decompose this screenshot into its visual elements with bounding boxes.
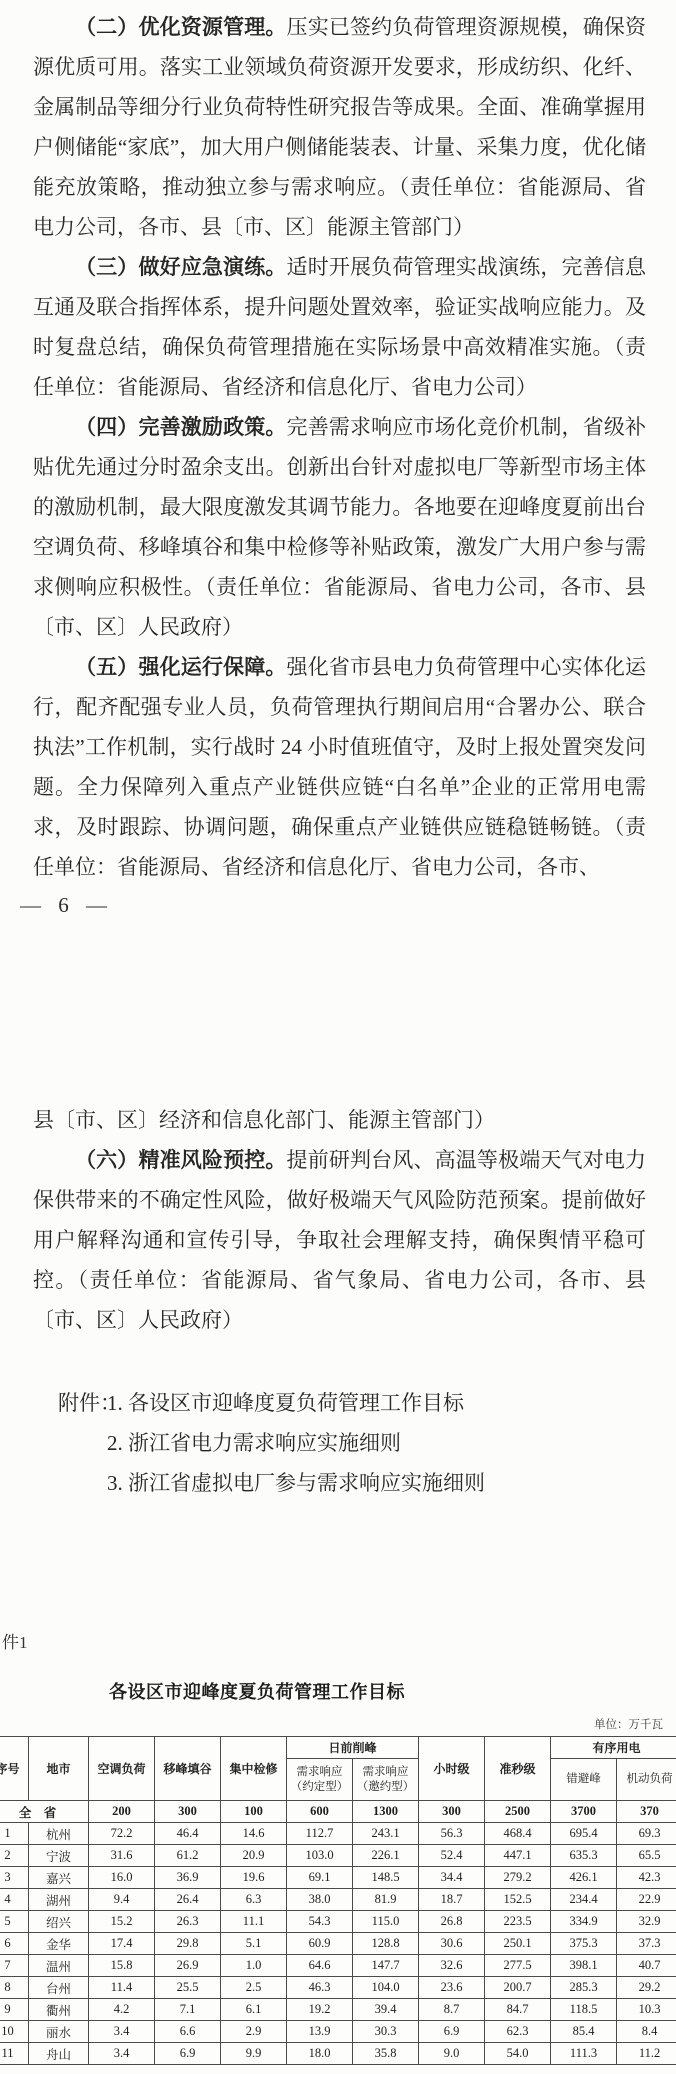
value-cell: 19.6 [221,1867,287,1889]
header-mobile-load: 机动负荷 [617,1759,676,1801]
value-cell: 103.0 [287,1845,353,1867]
value-cell: 30.6 [419,1933,485,1955]
city-cell: 杭州 [29,1823,89,1845]
value-cell: 62.3 [485,2021,551,2043]
table-row: 3嘉兴16.036.919.669.1148.534.4279.2426.142… [0,1867,676,1889]
paragraph: （二）优化资源管理。压实已签约负荷管理资源规模，确保资源优质可用。落实工业领域负… [33,7,646,247]
paragraph-lead: （三）做好应急演练。 [75,255,287,279]
value-cell: 9.0 [419,2043,485,2065]
value-cell: 11.1 [221,1911,287,1933]
value-cell: 36.9 [155,1867,221,1889]
value-cell: 6.1 [221,1999,287,2021]
value-cell: 128.8 [353,1933,419,1955]
value-cell: 334.9 [551,1911,617,1933]
value-cell: 1.0 [221,1955,287,1977]
value-cell: 112.7 [287,1823,353,1845]
paragraph-lead: （五）强化运行保障。 [75,655,287,679]
value-cell: 104.0 [353,1977,419,1999]
paragraph: （五）强化运行保障。强化省市县电力负荷管理中心实体化运行，配齐配强专业人员，负荷… [33,647,646,887]
value-cell: 29.2 [617,1977,676,1999]
value-cell: 46.4 [155,1823,221,1845]
paragraph-lead: （六）精准风险预控。 [75,1148,287,1172]
value-cell: 695.4 [551,1823,617,1845]
value-cell: 46.3 [287,1977,353,1999]
value-cell: 600 [287,1801,353,1823]
city-cell: 舟山 [29,2043,89,2065]
city-cell: 绍兴 [29,1911,89,1933]
value-cell: 11.2 [617,2043,676,2065]
value-cell: 39.4 [353,1999,419,2021]
value-cell: 111.3 [551,2043,617,2065]
value-cell: 100 [221,1801,287,1823]
header-maintenance: 集中检修 [221,1737,287,1801]
header-serial: 序号 [0,1737,29,1801]
header-city: 地市 [29,1737,89,1801]
value-cell: 5.1 [221,1933,287,1955]
paragraph-body: 完善需求响应市场化竞价机制，省级补贴优先通过分时盈余支出。创新出台针对虚拟电厂等… [33,415,646,639]
value-cell: 6.3 [221,1889,287,1911]
city-cell: 衢州 [29,1999,89,2021]
serial-cell: 3 [0,1867,29,1889]
unit-label: 单位：万千瓦 [594,1716,663,1732]
header-dr-invited: 需求响应 （邀约型） [353,1759,419,1801]
table-row: 8台州11.425.52.546.3104.023.6200.7285.329.… [0,1977,676,1999]
value-cell: 200 [89,1801,155,1823]
value-cell: 32.9 [617,1911,676,1933]
value-cell: 14.6 [221,1823,287,1845]
value-cell: 2500 [485,1801,551,1823]
table-body: 全 省2003001006001300300250037003701杭州72.2… [0,1801,676,2065]
value-cell: 17.4 [89,1933,155,1955]
table-row: 6金华17.429.85.160.9128.830.6250.1375.337.… [0,1933,676,1955]
value-cell: 37.3 [617,1933,676,1955]
value-cell: 234.4 [551,1889,617,1911]
value-cell: 118.5 [551,1999,617,2021]
value-cell: 54.0 [485,2043,551,2065]
table-row: 7温州15.826.91.064.6147.732.6277.5398.140.… [0,1955,676,1977]
table-row: 5绍兴15.226.311.154.3115.026.8223.5334.932… [0,1911,676,1933]
value-cell: 426.1 [551,1867,617,1889]
value-cell: 72.2 [89,1823,155,1845]
value-cell: 84.7 [485,1999,551,2021]
value-cell: 40.7 [617,1955,676,1977]
value-cell: 447.1 [485,1845,551,1867]
attachment-corner-label: 件1 [2,1628,28,1653]
serial-cell: 10 [0,2021,29,2043]
value-cell: 32.6 [419,1955,485,1977]
value-cell: 69.3 [617,1823,676,1845]
paragraph: （三）做好应急演练。适时开展负荷管理实战演练，完善信息互通及联合指挥体系，提升问… [33,247,646,407]
continuation-line: 县〔市、区〕经济和信息化部门、能源主管部门） [33,1100,646,1140]
serial-cell: 7 [0,1955,29,1977]
value-cell: 54.3 [287,1911,353,1933]
table-row: 1杭州72.246.414.6112.7243.156.3468.4695.46… [0,1823,676,1845]
paragraph-lead: （二）优化资源管理。 [75,15,287,39]
value-cell: 1300 [353,1801,419,1823]
value-cell: 200.7 [485,1977,551,1999]
attachments-label: 附件： [58,1383,121,1423]
serial-cell: 11 [0,2043,29,2065]
header-peak-shift: 移峰填谷 [155,1737,221,1801]
value-cell: 16.0 [89,1867,155,1889]
value-cell: 52.4 [419,1845,485,1867]
header-orderly-group: 有序用电 [551,1737,676,1759]
value-cell: 26.9 [155,1955,221,1977]
serial-cell: 1 [0,1823,29,1845]
document-page: （二）优化资源管理。压实已签约负荷管理资源规模，确保资源优质可用。落实工业领域负… [0,0,676,2074]
city-cell: 金华 [29,1933,89,1955]
value-cell: 277.5 [485,1955,551,1977]
value-cell: 30.3 [353,2021,419,2043]
page6-text: （二）优化资源管理。压实已签约负荷管理资源规模，确保资源优质可用。落实工业领域负… [33,7,646,887]
value-cell: 152.5 [485,1889,551,1911]
value-cell: 285.3 [551,1977,617,1999]
goal-table: 序号 地市 空调负荷 移峰填谷 集中检修 日前削峰 小时级 准秒级 有序用电 需… [0,1736,676,2065]
value-cell: 42.3 [617,1867,676,1889]
value-cell: 8.7 [419,1999,485,2021]
value-cell: 18.7 [419,1889,485,1911]
header-ac-load: 空调负荷 [89,1737,155,1801]
value-cell: 26.3 [155,1911,221,1933]
header-stagger-peak: 错避峰 [551,1759,617,1801]
header-second-level: 准秒级 [485,1737,551,1801]
value-cell: 300 [419,1801,485,1823]
value-cell: 31.6 [89,1845,155,1867]
value-cell: 69.1 [287,1867,353,1889]
table-title: 各设区市迎峰度夏负荷管理工作目标 [109,1678,405,1704]
value-cell: 64.6 [287,1955,353,1977]
serial-cell: 5 [0,1911,29,1933]
value-cell: 115.0 [353,1911,419,1933]
city-cell: 嘉兴 [29,1867,89,1889]
serial-cell: 8 [0,1977,29,1999]
value-cell: 250.1 [485,1933,551,1955]
value-cell: 226.1 [353,1845,419,1867]
value-cell: 8.4 [617,2021,676,2043]
value-cell: 35.8 [353,2043,419,2065]
value-cell: 398.1 [551,1955,617,1977]
value-cell: 15.8 [89,1955,155,1977]
page7-text: 县〔市、区〕经济和信息化部门、能源主管部门） （六）精准风险预控。提前研判台风、… [33,1100,646,1503]
attachment-item: 3. 浙江省虚拟电厂参与需求响应实施细则 [107,1463,646,1503]
value-cell: 22.9 [617,1889,676,1911]
value-cell: 81.9 [353,1889,419,1911]
value-cell: 13.9 [287,2021,353,2043]
value-cell: 10.3 [617,1999,676,2021]
value-cell: 3.4 [89,2021,155,2043]
value-cell: 2.9 [221,2021,287,2043]
value-cell: 6.6 [155,2021,221,2043]
value-cell: 20.9 [221,1845,287,1867]
value-cell: 6.9 [419,2021,485,2043]
value-cell: 279.2 [485,1867,551,1889]
value-cell: 60.9 [287,1933,353,1955]
header-dr-contract: 需求响应 （约定型） [287,1759,353,1801]
value-cell: 223.5 [485,1911,551,1933]
value-cell: 65.5 [617,1845,676,1867]
value-cell: 3700 [551,1801,617,1823]
value-cell: 11.4 [89,1977,155,1999]
attachment-item: 1. 各设区市迎峰度夏负荷管理工作目标 [107,1383,646,1423]
value-cell: 19.2 [287,1999,353,2021]
page-number: — 6 — [20,885,113,925]
attachment-item: 2. 浙江省电力需求响应实施细则 [107,1423,646,1463]
serial-cell: 2 [0,1845,29,1867]
value-cell: 243.1 [353,1823,419,1845]
value-cell: 85.4 [551,2021,617,2043]
city-cell: 台州 [29,1977,89,1999]
value-cell: 300 [155,1801,221,1823]
serial-cell: 9 [0,1999,29,2021]
value-cell: 26.8 [419,1911,485,1933]
value-cell: 9.9 [221,2043,287,2065]
table-row: 4湖州9.426.46.338.081.918.7152.5234.422.9 [0,1889,676,1911]
serial-cell: 6 [0,1933,29,1955]
value-cell: 3.4 [89,2043,155,2065]
attachments-list: 附件： 1. 各设区市迎峰度夏负荷管理工作目标 2. 浙江省电力需求响应实施细则… [33,1383,646,1503]
city-cell: 温州 [29,1955,89,1977]
value-cell: 15.2 [89,1911,155,1933]
city-cell: 丽水 [29,2021,89,2043]
province-label: 全 省 [0,1801,89,1823]
header-day-ahead-group: 日前削峰 [287,1737,419,1759]
paragraph-body: 压实已签约负荷管理资源规模，确保资源优质可用。落实工业领域负荷资源开发要求，形成… [33,15,646,239]
value-cell: 23.6 [419,1977,485,1999]
value-cell: 56.3 [419,1823,485,1845]
paragraph-lead: （四）完善激励政策。 [75,415,287,439]
paragraph: （六）精准风险预控。提前研判台风、高温等极端天气对电力保供带来的不确定性风险，做… [33,1140,646,1340]
value-cell: 26.4 [155,1889,221,1911]
value-cell: 6.9 [155,2043,221,2065]
table-row: 2宁波31.661.220.9103.0226.152.4447.1635.36… [0,1845,676,1867]
serial-cell: 4 [0,1889,29,1911]
table-row: 11舟山3.46.99.918.035.89.054.0111.311.2 [0,2043,676,2065]
province-row: 全 省200300100600130030025003700370 [0,1801,676,1823]
value-cell: 18.0 [287,2043,353,2065]
value-cell: 4.2 [89,1999,155,2021]
value-cell: 375.3 [551,1933,617,1955]
value-cell: 468.4 [485,1823,551,1845]
paragraph-body: 强化省市县电力负荷管理中心实体化运行，配齐配强专业人员，负荷管理执行期间启用“合… [33,655,646,879]
value-cell: 38.0 [287,1889,353,1911]
city-cell: 湖州 [29,1889,89,1911]
value-cell: 61.2 [155,1845,221,1867]
value-cell: 370 [617,1801,676,1823]
goal-table-wrap: 序号 地市 空调负荷 移峰填谷 集中检修 日前削峰 小时级 准秒级 有序用电 需… [0,1736,676,2070]
value-cell: 148.5 [353,1867,419,1889]
value-cell: 25.5 [155,1977,221,1999]
paragraph-body: 提前研判台风、高温等极端天气对电力保供带来的不确定性风险，做好极端天气风险防范预… [33,1148,646,1332]
value-cell: 29.8 [155,1933,221,1955]
value-cell: 2.5 [221,1977,287,1999]
value-cell: 34.4 [419,1867,485,1889]
value-cell: 635.3 [551,1845,617,1867]
table-row: 10丽水3.46.62.913.930.36.962.385.48.4 [0,2021,676,2043]
header-hour-level: 小时级 [419,1737,485,1801]
table-row: 9衢州4.27.16.119.239.48.784.7118.510.3 [0,1999,676,2021]
value-cell: 7.1 [155,1999,221,2021]
paragraph: （四）完善激励政策。完善需求响应市场化竞价机制，省级补贴优先通过分时盈余支出。创… [33,407,646,647]
city-cell: 宁波 [29,1845,89,1867]
value-cell: 147.7 [353,1955,419,1977]
value-cell: 9.4 [89,1889,155,1911]
